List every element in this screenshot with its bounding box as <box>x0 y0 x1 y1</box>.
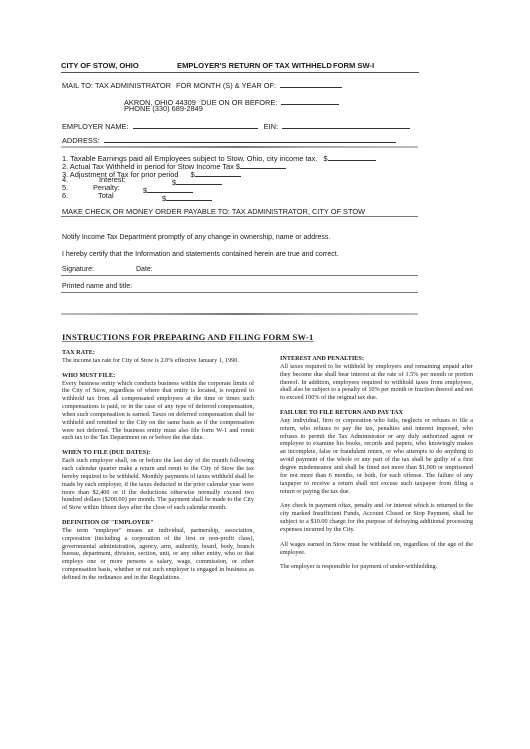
address-field[interactable] <box>104 134 396 143</box>
certify-text: I hereby certify that the Information an… <box>62 251 339 258</box>
instructions-left-column: TAX RATE: The income tax rate for City o… <box>62 349 254 589</box>
section-wages-withheld: All wages earned in Stow must be withhel… <box>280 541 473 557</box>
form-title: EMPLOYER'S RETURN OF TAX WITHHELD <box>177 61 332 70</box>
section-heading: WHEN TO FILE (DUE DATES): <box>62 449 254 457</box>
section-heading: INTEREST AND PENALTIES: <box>280 355 473 363</box>
line-1-field[interactable] <box>328 152 376 161</box>
divider <box>61 216 418 217</box>
employer-name-label: EMPLOYER NAME: <box>62 122 129 131</box>
address-row: ADDRESS: <box>62 134 396 145</box>
due-date-field[interactable] <box>281 96 339 105</box>
section-definition-employer: DEFINITION OF "EMPLOYER" The term "emplo… <box>62 519 254 582</box>
signature-line[interactable] <box>61 275 418 276</box>
notify-text: Notify Income Tax Department promptly of… <box>62 234 330 241</box>
section-body: The employer is responsible for payment … <box>280 563 473 571</box>
printed-name-label: Printed name and title: <box>62 283 132 290</box>
section-body: All wages earned in Stow must be withhel… <box>280 541 473 557</box>
section-body: Every business entity which conducts bus… <box>62 380 254 443</box>
mail-to-row: MAIL TO: TAX ADMINISTRATOR FOR MONTH (S)… <box>62 79 342 90</box>
section-heading: WHO MUST FILE: <box>62 372 254 380</box>
printed-name-line[interactable] <box>61 292 418 293</box>
instructions-right-column: INTEREST AND PENALTIES: All taxes requir… <box>280 355 473 578</box>
section-tax-rate: TAX RATE: The income tax rate for City o… <box>62 349 254 365</box>
section-body: All taxes required to be withheld by emp… <box>280 363 473 402</box>
city-name: CITY OF STOW, OHIO <box>61 61 139 70</box>
section-body: The term "employer" means an individual,… <box>62 527 254 582</box>
mail-to-label: MAIL TO: TAX ADMINISTRATOR <box>62 81 171 90</box>
instructions-title: INSTRUCTIONS FOR PREPARING AND FILING FO… <box>62 332 313 342</box>
line-6-field[interactable] <box>166 192 212 201</box>
line-6: 6. Total $ <box>62 192 68 200</box>
address-label: ADDRESS: <box>62 136 100 145</box>
ein-label: EIN: <box>264 122 278 131</box>
signature-row: Signature: Date: <box>62 266 94 273</box>
ein-field[interactable] <box>282 120 410 129</box>
employer-name-row: EMPLOYER NAME: EIN: <box>62 120 410 131</box>
due-label: DUE ON OR BEFORE: <box>201 98 277 107</box>
form-header: CITY OF STOW, OHIO EMPLOYER'S RETURN OF … <box>61 60 419 73</box>
signature-label: Signature: <box>62 266 94 273</box>
section-body: The income tax rate for City of Stow is … <box>62 357 254 365</box>
line-2-field[interactable] <box>240 160 286 169</box>
section-body: Any check in payment oftax, penalty and … <box>280 502 473 533</box>
section-heading: DEFINITION OF "EMPLOYER" <box>62 519 254 527</box>
section-body: Each such employer shall, on or before t… <box>62 457 254 512</box>
section-returned-check: Any check in payment oftax, penalty and … <box>280 502 473 533</box>
date-label: Date: <box>136 266 153 273</box>
line-6-num: 6. <box>62 191 68 200</box>
section-under-withholding: The employer is responsible for payment … <box>280 563 473 571</box>
section-divider <box>61 146 418 148</box>
section-who-must-file: WHO MUST FILE: Every business entity whi… <box>62 372 254 443</box>
section-heading: FAILURE TO FILE RETURN AND PAY TAX <box>280 409 473 417</box>
section-divider-2 <box>61 313 418 315</box>
section-when-to-file: WHEN TO FILE (DUE DATES): Each such empl… <box>62 449 254 512</box>
section-heading: TAX RATE: <box>62 349 254 357</box>
form-id: FORM SW-I <box>333 61 374 70</box>
section-failure-to-file: FAILURE TO FILE RETURN AND PAY TAX Any i… <box>280 409 473 495</box>
section-body: Any individual, firm or corporation who … <box>280 417 473 495</box>
employer-name-field[interactable] <box>133 120 258 129</box>
period-field[interactable] <box>280 79 342 88</box>
period-label: FOR MONTH (S) & YEAR OF: <box>176 81 276 90</box>
line-6-label: Total <box>98 192 114 200</box>
section-interest-penalties: INTEREST AND PENALTIES: All taxes requir… <box>280 355 473 402</box>
phone: PHONE (330) 689-2849 <box>124 104 203 113</box>
payable-to: MAKE CHECK OR MONEY ORDER PAYABLE TO: TA… <box>62 207 365 216</box>
